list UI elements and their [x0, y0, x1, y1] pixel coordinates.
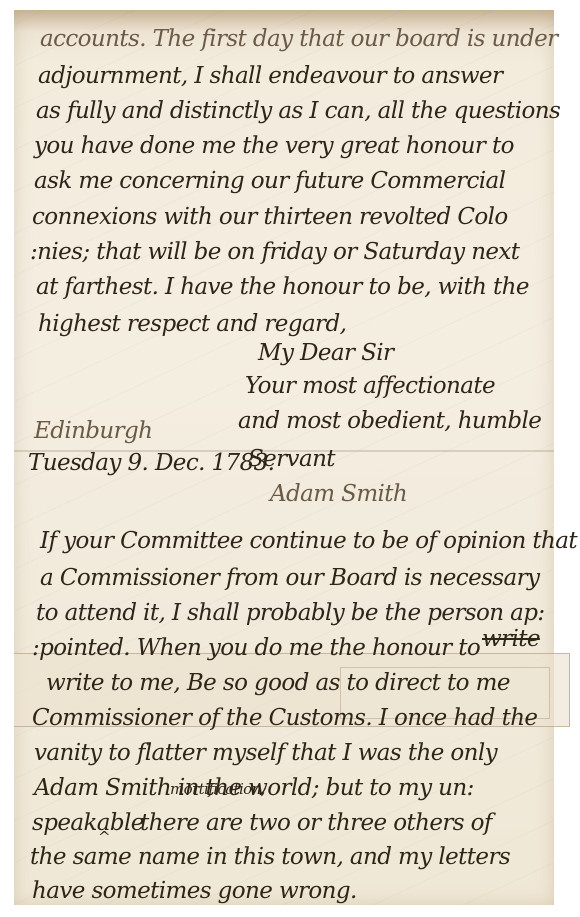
signature: Adam Smith — [270, 483, 407, 506]
letter-line: connexions with our thirteen revolted Co… — [32, 206, 508, 229]
letter-line: at farthest. I have the honour to be, wi… — [36, 276, 529, 299]
postscript-line: a Commissioner from our Board is necessa… — [40, 567, 539, 590]
struck-word: write — [482, 628, 540, 651]
letter-line: highest respect and regard, — [38, 313, 346, 336]
letter-line: you have done me the very great honour t… — [34, 135, 514, 158]
postscript-line: vanity to flatter myself that I was the … — [34, 742, 497, 765]
salutation: My Dear Sir — [258, 342, 393, 365]
caret-mark: ^ — [98, 830, 110, 845]
closing-servant: Servant — [248, 448, 335, 471]
letter-line: adjournment, I shall endeavour to answer — [38, 65, 502, 88]
letter-line: ask me concerning our future Commercial — [34, 170, 505, 193]
date: Tuesday 9. Dec. 1783. — [28, 452, 274, 475]
postscript-line: the same name in this town, and my lette… — [30, 846, 510, 869]
place: Edinburgh — [34, 420, 152, 443]
closing-line: and most obedient, humble — [238, 410, 541, 433]
closing-line: Your most affectionate — [245, 375, 495, 398]
postscript-line: have sometimes gone wrong. — [32, 880, 357, 903]
postscript-line: write to me, Be so good as to direct to … — [46, 672, 510, 695]
postscript-line: If your Committee continue to be of opin… — [40, 530, 577, 553]
letter-line: :nies; that will be on friday or Saturda… — [30, 241, 519, 264]
postscript-line: Commissioner of the Customs. I once had … — [32, 707, 537, 730]
insertion-text: mortification, — [170, 782, 265, 797]
postscript-line: :pointed. When you do me the honour to — [32, 637, 480, 660]
postscript-line: there are two or three others of — [140, 812, 492, 835]
postscript-line: to attend it, I shall probably be the pe… — [36, 602, 545, 625]
letter-line: as fully and distinctly as I can, all th… — [36, 100, 560, 123]
letter-line: accounts. The first day that our board i… — [40, 28, 557, 51]
postscript-line: speakable — [32, 812, 144, 835]
